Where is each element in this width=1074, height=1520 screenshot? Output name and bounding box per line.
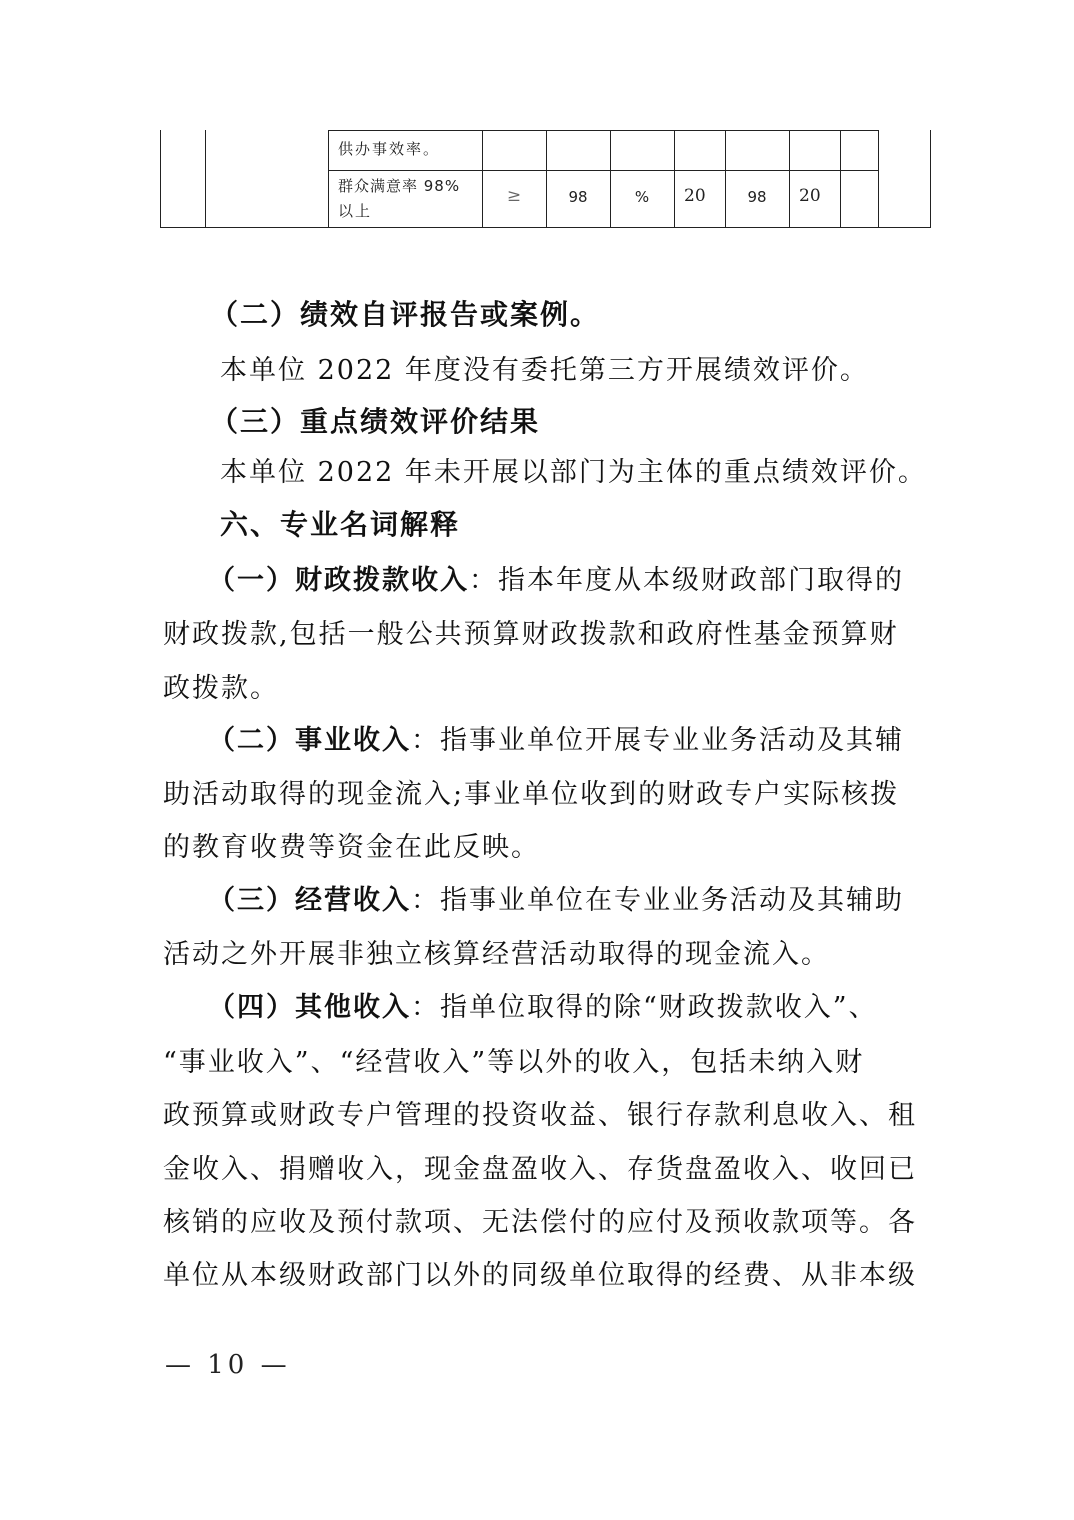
paragraph-line: 核销的应收及预付款项、无法偿付的应付及预收款项等。各	[163, 1200, 917, 1239]
table-cell-weight: 20	[676, 186, 720, 206]
table-cell-unit: %	[610, 188, 674, 206]
table-col-line	[930, 130, 931, 228]
term-definition: ：指事业单位开展专业业务活动及其辅	[411, 725, 904, 756]
table-cell-score: 20	[791, 186, 835, 206]
table-cell-operator: ≥	[482, 186, 546, 206]
table-col-line	[328, 130, 329, 228]
table-cell-indicator: 以上	[338, 199, 372, 223]
paragraph: 本单位 2022 年未开展以部门为主体的重点绩效评价。	[220, 450, 927, 489]
term-definition: ：指单位取得的除“财政拨款收入”、	[411, 992, 878, 1023]
paragraph-line: 财政拨款,包括一般公共预算财政拨款和政府性基金预算财	[163, 612, 899, 651]
performance-table: 供办事效率。 群众满意率 98% 以上 ≥ 98 % 20 98 20	[0, 0, 1074, 240]
section-heading-self-evaluation: （二）绩效自评报告或案例。	[210, 293, 600, 333]
table-col-line	[482, 130, 483, 228]
table-cell-indicator: 供办事效率。	[338, 137, 440, 161]
table-col-line	[789, 130, 790, 228]
table-col-line	[546, 130, 547, 228]
table-col-line	[160, 130, 161, 228]
paragraph-line: “事业收入”、“经营收入”等以外的收入，包括未纳入财	[163, 1040, 864, 1079]
term-financial-appropriation: （一）财政拨款收入：指本年度从本级财政部门取得的	[208, 558, 904, 597]
paragraph-line: 活动之外开展非独立核算经营活动取得的现金流入。	[163, 932, 830, 971]
term-other-income: （四）其他收入：指单位取得的除“财政拨款收入”、	[208, 985, 878, 1024]
table-cell-target: 98	[546, 188, 610, 206]
paragraph: 本单位 2022 年度没有委托第三方开展绩效评价。	[220, 348, 869, 387]
table-col-line	[610, 130, 611, 228]
section-heading-glossary: 六、专业名词解释	[220, 503, 460, 543]
table-row-divider	[328, 170, 879, 171]
term-operating-income: （三）经营收入：指事业单位在专业业务活动及其辅助	[208, 878, 904, 917]
paragraph-line: 政拨款。	[163, 666, 279, 705]
term-label: （三）经营收入	[208, 885, 411, 916]
paragraph-line: 的教育收费等资金在此反映。	[163, 825, 540, 864]
table-top-border	[328, 130, 879, 131]
table-col-line	[674, 130, 675, 228]
term-definition: ：指事业单位在专业业务活动及其辅助	[411, 885, 904, 916]
table-col-line	[840, 130, 841, 228]
table-col-line	[205, 130, 206, 228]
term-definition: ：指本年度从本级财政部门取得的	[469, 565, 904, 596]
term-label: （四）其他收入	[208, 992, 411, 1023]
section-heading-key-evaluation: （三）重点绩效评价结果	[210, 400, 540, 440]
page-number: — 10 —	[165, 1350, 291, 1380]
term-label: （一）财政拨款收入	[208, 565, 469, 596]
paragraph-line: 助活动取得的现金流入;事业单位收到的财政专户实际核拨	[163, 772, 899, 811]
table-col-line	[725, 130, 726, 228]
paragraph-line: 政预算或财政专户管理的投资收益、银行存款利息收入、租	[163, 1093, 917, 1132]
term-label: （二）事业收入	[208, 725, 411, 756]
term-business-income: （二）事业收入：指事业单位开展专业业务活动及其辅	[208, 718, 904, 757]
paragraph-line: 金收入、捐赠收入，现金盘盈收入、存货盘盈收入、收回已	[163, 1147, 917, 1186]
paragraph-line: 单位从本级财政部门以外的同级单位取得的经费、从非本级	[163, 1253, 917, 1292]
table-cell-indicator: 群众满意率 98%	[338, 174, 460, 198]
table-cell-actual: 98	[725, 188, 789, 206]
table-col-line	[878, 130, 879, 228]
document-page: 供办事效率。 群众满意率 98% 以上 ≥ 98 % 20 98 20 （二）绩…	[0, 0, 1074, 1520]
